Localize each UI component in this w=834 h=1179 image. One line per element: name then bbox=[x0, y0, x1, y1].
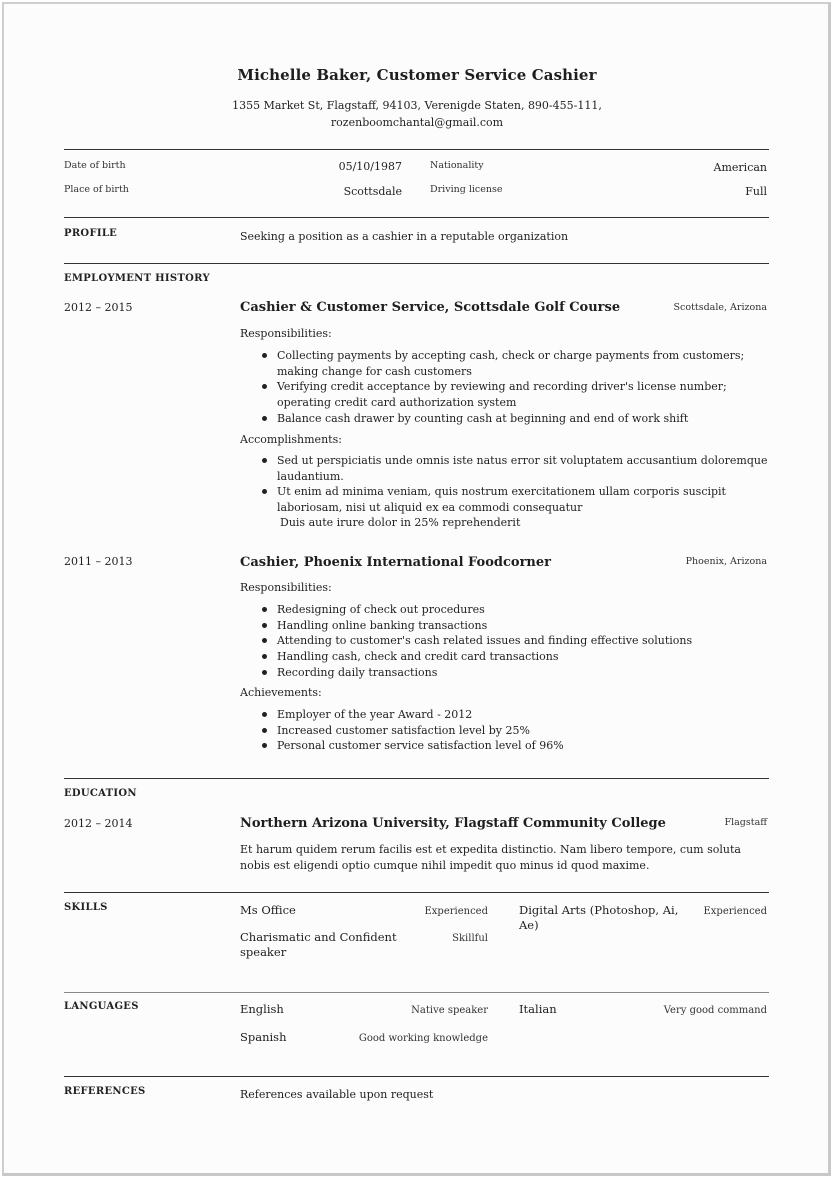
employment-heading: EMPLOYMENT HISTORY bbox=[64, 273, 210, 284]
education-dates: 2012 – 2014 bbox=[64, 817, 132, 830]
skill-level: Experienced bbox=[400, 906, 488, 917]
accomplishment-extra: Duis aute irure dolor in 25% reprehender… bbox=[280, 516, 520, 529]
divider bbox=[64, 778, 769, 779]
education-heading: EDUCATION bbox=[64, 788, 137, 799]
job-dates: 2012 – 2015 bbox=[64, 301, 132, 314]
skill-name: Charismatic and Confident speaker bbox=[240, 930, 405, 960]
job-dates: 2011 – 2013 bbox=[64, 555, 132, 568]
contact-info: 1355 Market St, Flagstaff, 94103, Vereni… bbox=[0, 97, 834, 131]
education-title: Northern Arizona University, Flagstaff C… bbox=[240, 816, 666, 831]
divider bbox=[64, 1076, 769, 1077]
list-item: Collecting payments by accepting cash, c… bbox=[240, 348, 775, 379]
job-title: Cashier & Customer Service, Scottsdale G… bbox=[240, 300, 620, 315]
address-line: 1355 Market St, Flagstaff, 94103, Vereni… bbox=[0, 97, 834, 114]
job-title: Cashier, Phoenix International Foodcorne… bbox=[240, 555, 551, 570]
language-name: English bbox=[240, 1002, 284, 1017]
skill-level: Skillful bbox=[400, 933, 488, 944]
divider bbox=[64, 263, 769, 264]
job-location: Scottsdale, Arizona bbox=[620, 302, 767, 313]
dob-label: Date of birth bbox=[64, 160, 126, 171]
nationality-value: American bbox=[620, 161, 767, 174]
languages-heading: LANGUAGES bbox=[64, 1001, 139, 1012]
skills-heading: SKILLS bbox=[64, 902, 108, 913]
responsibilities-label: Responsibilities: bbox=[240, 327, 332, 340]
skill-level: Experienced bbox=[680, 906, 767, 917]
language-level: Native speaker bbox=[340, 1005, 488, 1016]
list-item: Redesigning of check out procedures bbox=[240, 602, 775, 618]
list-item: Recording daily transactions bbox=[240, 665, 775, 681]
nationality-label: Nationality bbox=[430, 160, 484, 171]
resume-page bbox=[2, 2, 831, 1176]
pob-label: Place of birth bbox=[64, 184, 129, 195]
profile-heading: PROFILE bbox=[64, 228, 117, 239]
list-item: Personal customer service satisfaction l… bbox=[240, 738, 775, 754]
skill-name: Digital Arts (Photoshop, Ai, Ae) bbox=[519, 903, 684, 933]
list-item: Ut enim ad minima veniam, quis nostrum e… bbox=[240, 484, 775, 515]
list-item: Handling cash, check and credit card tra… bbox=[240, 649, 775, 665]
profile-text: Seeking a position as a cashier in a rep… bbox=[240, 230, 568, 243]
list-item: Sed ut perspiciatis unde omnis iste natu… bbox=[240, 453, 775, 484]
language-name: Spanish bbox=[240, 1030, 287, 1045]
responsibilities-list: Redesigning of check out procedures Hand… bbox=[240, 602, 775, 681]
language-level: Good working knowledge bbox=[340, 1033, 488, 1044]
language-level: Very good command bbox=[620, 1005, 767, 1016]
references-text: References available upon request bbox=[240, 1088, 433, 1101]
achievements-label: Achievements: bbox=[240, 686, 322, 699]
references-heading: REFERENCES bbox=[64, 1086, 146, 1097]
accomplishments-label: Accomplishments: bbox=[240, 433, 342, 446]
divider bbox=[64, 149, 769, 150]
list-item: Handling online banking transactions bbox=[240, 618, 775, 634]
pob-value: Scottsdale bbox=[280, 185, 402, 198]
skill-name: Ms Office bbox=[240, 903, 410, 918]
list-item: Employer of the year Award - 2012 bbox=[240, 707, 775, 723]
responsibilities-list: Collecting payments by accepting cash, c… bbox=[240, 348, 775, 427]
divider bbox=[64, 992, 769, 993]
responsibilities-label: Responsibilities: bbox=[240, 581, 332, 594]
list-item: Increased customer satisfaction level by… bbox=[240, 723, 775, 739]
education-description: Et harum quidem rerum facilis est et exp… bbox=[240, 842, 770, 874]
divider bbox=[64, 217, 769, 218]
job-location: Phoenix, Arizona bbox=[620, 556, 767, 567]
license-value: Full bbox=[620, 185, 767, 198]
divider bbox=[64, 892, 769, 893]
language-name: Italian bbox=[519, 1002, 557, 1017]
list-item: Verifying credit acceptance by reviewing… bbox=[240, 379, 775, 410]
dob-value: 05/10/1987 bbox=[280, 160, 402, 173]
education-location: Flagstaff bbox=[620, 817, 767, 828]
accomplishments-list: Sed ut perspiciatis unde omnis iste natu… bbox=[240, 453, 775, 516]
email: rozenboomchantal@gmail.com bbox=[0, 114, 834, 131]
license-label: Driving license bbox=[430, 184, 502, 195]
resume-title: Michelle Baker, Customer Service Cashier bbox=[0, 66, 834, 84]
list-item: Attending to customer's cash related iss… bbox=[240, 633, 775, 649]
list-item: Balance cash drawer by counting cash at … bbox=[240, 411, 775, 427]
achievements-list: Employer of the year Award - 2012 Increa… bbox=[240, 707, 775, 754]
